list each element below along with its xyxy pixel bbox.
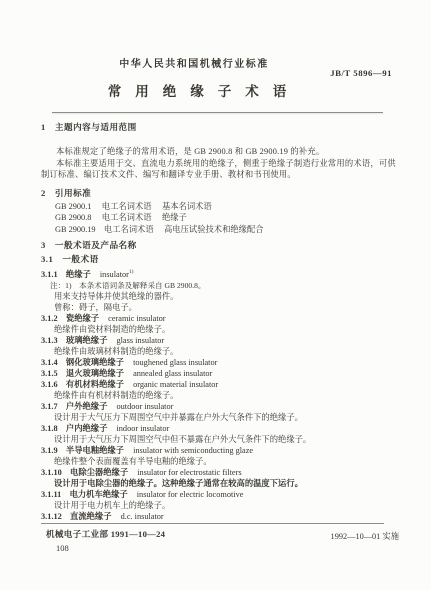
- term-3-1-5: 3.1.5 退火玻璃绝缘子 annealed glass insulator: [41, 368, 396, 379]
- term-note: 注：1) 本条术语词条及解释采自 GB 2900.8。: [41, 280, 396, 291]
- standard-document-page: 中华人民共和国机械行业标准 JB/T 5896—91 常用绝缘子术语 1 主题内…: [0, 0, 431, 590]
- term-en: insulator for electrostatic filters: [137, 468, 241, 477]
- reference-gb-2900-1: GB 2900.1 电工名词术语 基本名词术语: [41, 201, 396, 212]
- scope-paragraph-2: 本标准主要适用于交、直流电力系统用的绝缘子，侧重于绝缘子制造行业常用的术语，可供…: [41, 158, 396, 181]
- scope-paragraph-1: 本标准规定了绝缘子的常用术语，是 GB 2900.8 和 GB 2900.19 …: [41, 146, 396, 158]
- term-en: insulator: [100, 270, 129, 279]
- term-en: annealed glass insulator: [133, 369, 212, 378]
- term-zh: 3.1.1 绝缘子: [41, 270, 91, 279]
- footer-rule: [41, 523, 384, 524]
- term-zh: 3.1.7 户外绝缘子: [41, 402, 107, 411]
- term-3-1-6: 3.1.6 有机材料绝缘子 organic material insulator: [41, 379, 396, 390]
- document-body: 1 主题内容与适用范围 本标准规定了绝缘子的常用术语，是 GB 2900.8 和…: [41, 120, 396, 522]
- term-3-1-10: 3.1.10 电除尘器绝缘子 insulator for electrostat…: [41, 467, 396, 478]
- term-en: glass insulator: [116, 336, 164, 345]
- reference-gb-2900-8: GB 2900.8 电工名词术语 绝缘子: [41, 212, 396, 223]
- term-3-1-9: 3.1.9 半导电釉绝缘子 insulator with semiconduct…: [41, 445, 396, 456]
- term-en: organic material insulator: [133, 380, 218, 389]
- term-definition: 绝缘件整个表面覆盖有半导电釉的绝缘子。: [41, 456, 396, 467]
- term-former-name: 曾称：碍子，隔电子。: [41, 302, 396, 313]
- term-zh: 3.1.10 电除尘器绝缘子: [41, 468, 128, 477]
- page-number: 108: [56, 543, 69, 553]
- term-zh: 3.1.6 有机材料绝缘子: [41, 380, 124, 389]
- term-zh: 3.1.4 钢化玻璃绝缘子: [41, 358, 124, 367]
- term-3-1-1: 3.1.1 绝缘子 insulator1): [41, 267, 396, 280]
- term-definition: 设计用于电力机车上的绝缘子。: [41, 500, 396, 511]
- term-en: d.c. insulator: [121, 512, 164, 521]
- term-zh: 3.1.3 玻璃绝缘子: [41, 336, 107, 345]
- term-en: outdoor insulator: [116, 402, 173, 411]
- term-3-1-11: 3.1.11 电力机车绝缘子 insulator for electric lo…: [41, 489, 396, 500]
- term-zh: 3.1.8 户内绝缘子: [41, 424, 107, 433]
- reference-gb-2900-19: GB 2900.19 电工名词术语 高电压试验技术和绝缘配合: [41, 224, 396, 235]
- term-definition: 设计用于大气压力下周围空气中并暴露在户外大气条件下的绝缘子。: [41, 412, 396, 423]
- term-3-1-12: 3.1.12 直流绝缘子 d.c. insulator: [41, 511, 396, 522]
- term-definition: 用来支持导体并使其绝缘的器件。: [41, 291, 396, 302]
- term-definition: 绝缘件由瓷材料制造的绝缘子。: [41, 324, 396, 335]
- term-definition: 设计用于大气压力下周围空气中但不暴露在户外大气条件下的绝缘子。: [41, 434, 396, 445]
- term-zh: 3.1.5 退火玻璃绝缘子: [41, 369, 124, 378]
- term-zh: 3.1.9 半导电釉绝缘子: [41, 446, 124, 455]
- term-zh: 3.1.11 电力机车绝缘子: [41, 490, 128, 499]
- term-en: indoor insulator: [116, 424, 169, 433]
- term-en: insulator for electric locomotive: [137, 490, 244, 499]
- section-heading-terms: 3 一般术语及产品名称: [41, 240, 396, 251]
- header-rule: [52, 112, 383, 113]
- standard-number: JB/T 5896—91: [0, 68, 392, 78]
- term-en: toughened glass insulator: [133, 358, 217, 367]
- term-definition: 设计用于电除尘器的绝缘子。这种绝缘子通常在较高的温度下运行。: [41, 478, 396, 489]
- term-3-1-8: 3.1.8 户内绝缘子 indoor insulator: [41, 423, 396, 434]
- subsection-heading-general-terms: 3.1 一般术语: [41, 254, 396, 265]
- section-heading-scope: 1 主题内容与适用范围: [41, 120, 396, 133]
- term-3-1-2: 3.1.2 瓷绝缘子 ceramic insulator: [41, 313, 396, 324]
- term-3-1-3: 3.1.3 玻璃绝缘子 glass insulator: [41, 335, 396, 346]
- term-3-1-7: 3.1.7 户外绝缘子 outdoor insulator: [41, 401, 396, 412]
- term-definition: 绝缘件由玻璃材料制造的绝缘子。: [41, 346, 396, 357]
- section-heading-references: 2 引用标准: [41, 188, 396, 199]
- implementation-date: 1992—10—01 实施: [0, 530, 399, 542]
- term-3-1-4: 3.1.4 钢化玻璃绝缘子 toughened glass insulator: [41, 357, 396, 368]
- term-en: ceramic insulator: [108, 314, 165, 323]
- term-zh: 3.1.12 直流绝缘子: [41, 512, 112, 521]
- term-definition: 绝缘件由有机材料制造的绝缘子。: [41, 390, 396, 401]
- footnote-marker: 1): [129, 269, 134, 275]
- document-title: 常用绝缘子术语: [0, 80, 394, 100]
- term-zh: 3.1.2 瓷绝缘子: [41, 314, 99, 323]
- term-en: insulator with semiconducting glaze: [133, 446, 253, 455]
